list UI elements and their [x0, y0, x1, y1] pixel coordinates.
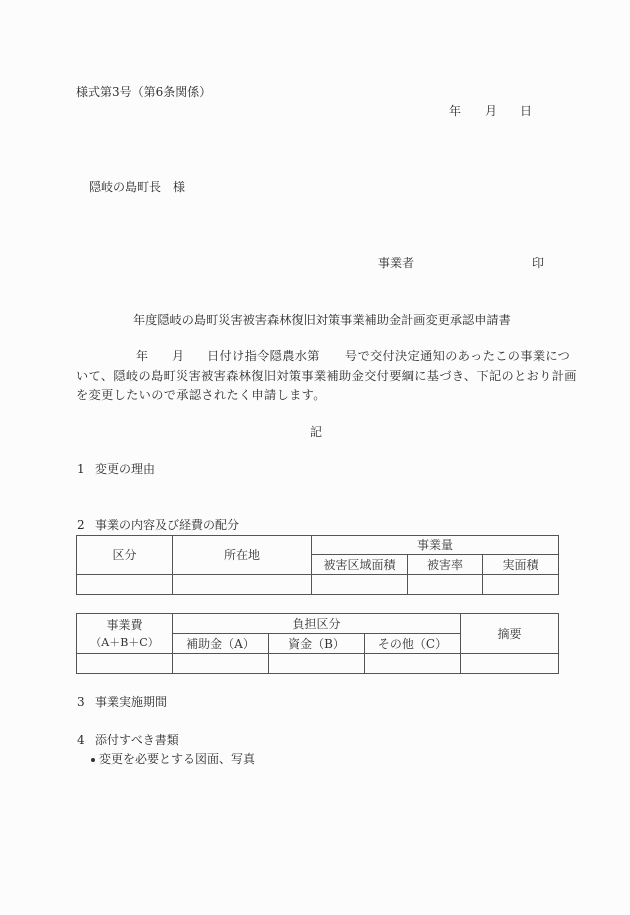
- section-1-label: 変更の理由: [95, 462, 155, 476]
- header-other: その他（C）: [365, 634, 461, 654]
- cost-allocation-table: 事業費 （A＋B＋C） 負担区分 摘要 補助金（A） 資金（B） その他（C）: [76, 613, 559, 674]
- section-3-label: 事業実施期間: [95, 695, 167, 709]
- section-4-number: 4: [77, 733, 85, 747]
- header-summary: 摘要: [461, 614, 559, 654]
- attachment-item-label: 変更を必要とする図面、写真: [99, 752, 255, 766]
- cell-subsidy[interactable]: [173, 654, 269, 674]
- header-quantity-group: 事業量: [312, 536, 559, 555]
- body-month-label: 月: [172, 349, 184, 363]
- cell-damaged-area[interactable]: [312, 575, 408, 595]
- header-project-cost-line1: 事業費: [77, 617, 172, 634]
- header-funds: 資金（B）: [269, 634, 365, 654]
- cell-damage-rate[interactable]: [408, 575, 483, 595]
- cell-project-cost[interactable]: [77, 654, 173, 674]
- cell-location[interactable]: [173, 575, 312, 595]
- header-damage-rate: 被害率: [408, 555, 483, 575]
- section-3-number: 3: [77, 695, 85, 709]
- section-2-number: 2: [77, 518, 85, 532]
- seal-mark: 印: [532, 256, 544, 270]
- body-line-1: 日付け指令隠農水第 号で交付決定通知のあったこの事業につ: [207, 349, 570, 363]
- section-1-number: 1: [77, 462, 85, 476]
- cell-actual-area[interactable]: [483, 575, 559, 595]
- header-damaged-area: 被害区域面積: [312, 555, 408, 575]
- attachment-item: 変更を必要とする図面、写真: [91, 752, 255, 766]
- cell-kubun[interactable]: [77, 575, 173, 595]
- cell-summary[interactable]: [461, 654, 559, 674]
- header-location: 所在地: [173, 536, 312, 575]
- table-row: [77, 654, 559, 674]
- date-year-label: 年: [449, 104, 461, 118]
- header-burden-group: 負担区分: [173, 614, 461, 634]
- form-number: 様式第3号（第6条関係）: [76, 85, 211, 99]
- body-line-2: いて、隠岐の島町災害被害森林復旧対策事業補助金交付要綱に基づき、下記のとおり計画: [76, 369, 577, 383]
- header-subsidy: 補助金（A）: [173, 634, 269, 654]
- project-quantity-table: 区分 所在地 事業量 被害区域面積 被害率 実面積: [76, 535, 559, 595]
- cell-funds[interactable]: [269, 654, 365, 674]
- body-year-label: 年: [136, 349, 148, 363]
- section-2-label: 事業の内容及び経費の配分: [95, 518, 239, 532]
- header-project-cost-line2: （A＋B＋C）: [77, 634, 172, 651]
- document-title: 年度隠岐の島町災害被害森林復旧対策事業補助金計画変更承認申請書: [133, 313, 511, 327]
- ki-heading: 記: [310, 425, 322, 439]
- date-month-label: 月: [485, 104, 497, 118]
- table-row: [77, 575, 559, 595]
- applicant-label: 事業者: [378, 256, 414, 270]
- date-day-label: 日: [520, 104, 532, 118]
- header-project-cost: 事業費 （A＋B＋C）: [77, 614, 173, 654]
- header-kubun: 区分: [77, 536, 173, 575]
- body-line-3: を変更したいので承認されたく申請します。: [76, 388, 326, 402]
- addressee: 隠岐の島町長 様: [89, 180, 185, 194]
- bullet-icon: [91, 758, 95, 762]
- cell-other[interactable]: [365, 654, 461, 674]
- section-4-label: 添付すべき書類: [95, 733, 179, 747]
- header-actual-area: 実面積: [483, 555, 559, 575]
